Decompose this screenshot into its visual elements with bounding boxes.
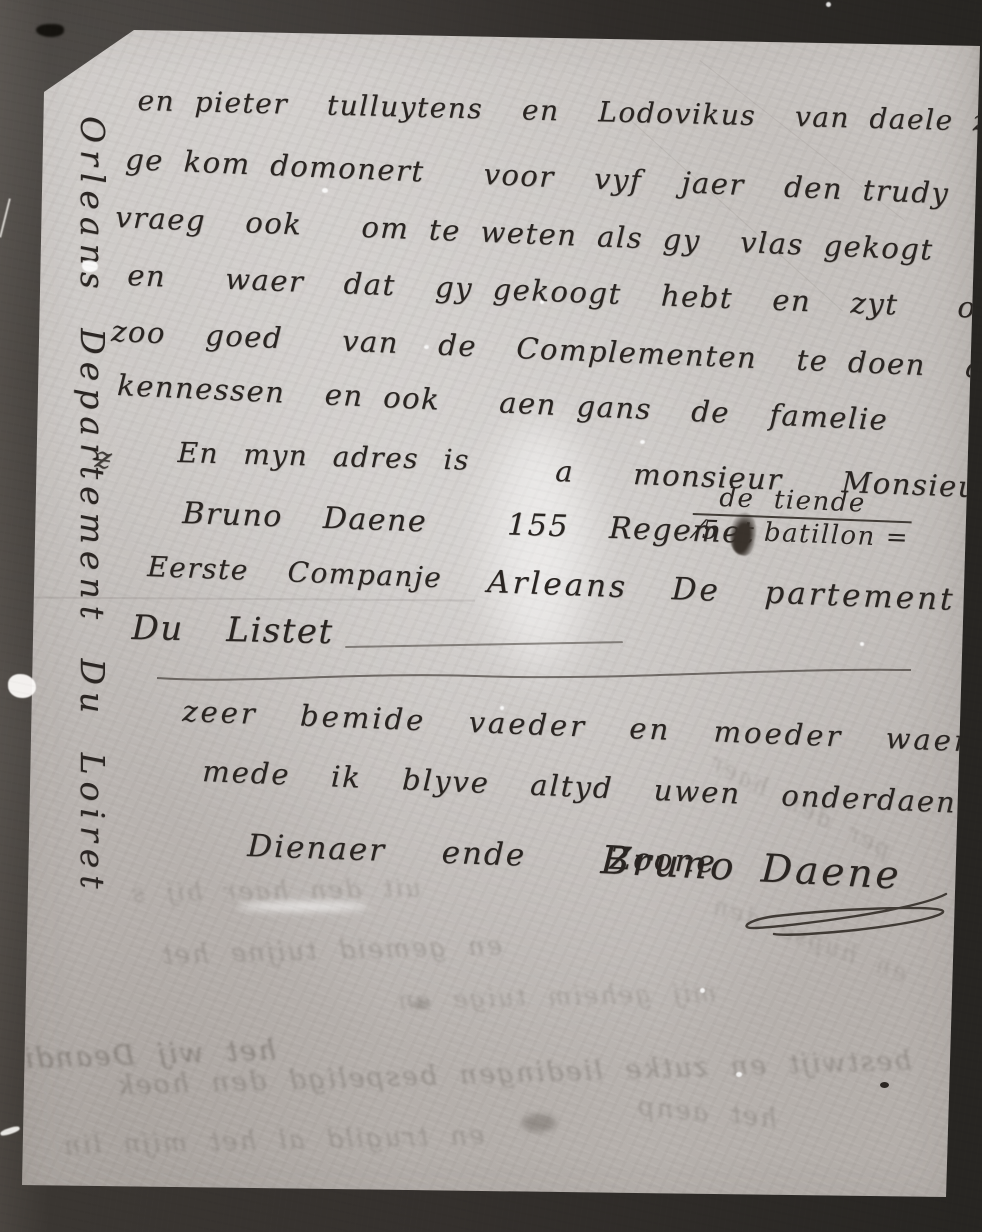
ink-blot [726,511,760,558]
closing-line-1: zeer bemide vaeder en moeder waer [182,694,972,758]
ghost-text-line: mij geheim tuige en [396,978,717,1015]
company-line: Eerste Companje [147,550,443,594]
faint-smudge [412,1000,428,1009]
letter-line-6: kennessen en ook aen gans de famelie [116,368,889,437]
letter-paper: Orleans Departement Du Loiret en pieter … [0,0,982,1232]
name-regiment-line: Bruno Daene 155 Regemet [182,496,756,551]
paper-speck [540,300,544,304]
closing-line-2: mede ik blyve altyd uwen onderdaenigsten [202,754,982,824]
faint-smudge [522,1114,556,1132]
paper-speck [640,440,645,444]
unit-bottom-row: ⁄5batillon= [691,515,911,561]
paper-speck [700,988,705,993]
paper-speck [860,642,864,646]
signature-flourish [736,888,951,943]
paper-speck [500,706,504,710]
ghost-text-line: en trugild al het mijn lin [62,1121,485,1161]
department2-dash [345,641,623,648]
regiment-unit-stack: de tiende ⁄5batillon= [691,482,912,561]
background-smudge [36,24,64,37]
letter-line-3: vraeg ook om te weten als gy vlas gekogt… [115,200,982,271]
margin-annotation: Orleans Departement Du Loiret [73,116,112,896]
paper-speck [82,260,98,272]
paper-speck [736,1072,742,1077]
letter-line-1: en pieter tulluytens en Lodovikus van da… [137,84,982,140]
photo-background: Orleans Departement Du Loiret en pieter … [0,0,982,1232]
unit-word: batillon [763,518,876,552]
flourish-rule [155,660,915,686]
background-white-dash [0,1125,20,1137]
paper-speck [424,345,429,349]
edge-white-blob [8,674,36,698]
unit-dash: = [885,522,909,553]
department2-line: Du Listet [131,608,334,652]
ink-dot [880,1082,889,1088]
paper-speck [322,188,328,193]
background-speck [826,2,831,7]
ghost-text-line: en gemeid tuijne het [160,931,503,971]
letter-line-4: en waer dat gy gekoogt hebt en zyt ook [127,258,982,326]
background-scratch [0,198,11,237]
address-intro: En myn adres is [177,436,470,477]
ghost-text-line: uit den haer bij s [130,873,422,907]
ghost-text-line: het aenp [635,1092,778,1134]
unit-number: ⁄5 [696,515,721,546]
